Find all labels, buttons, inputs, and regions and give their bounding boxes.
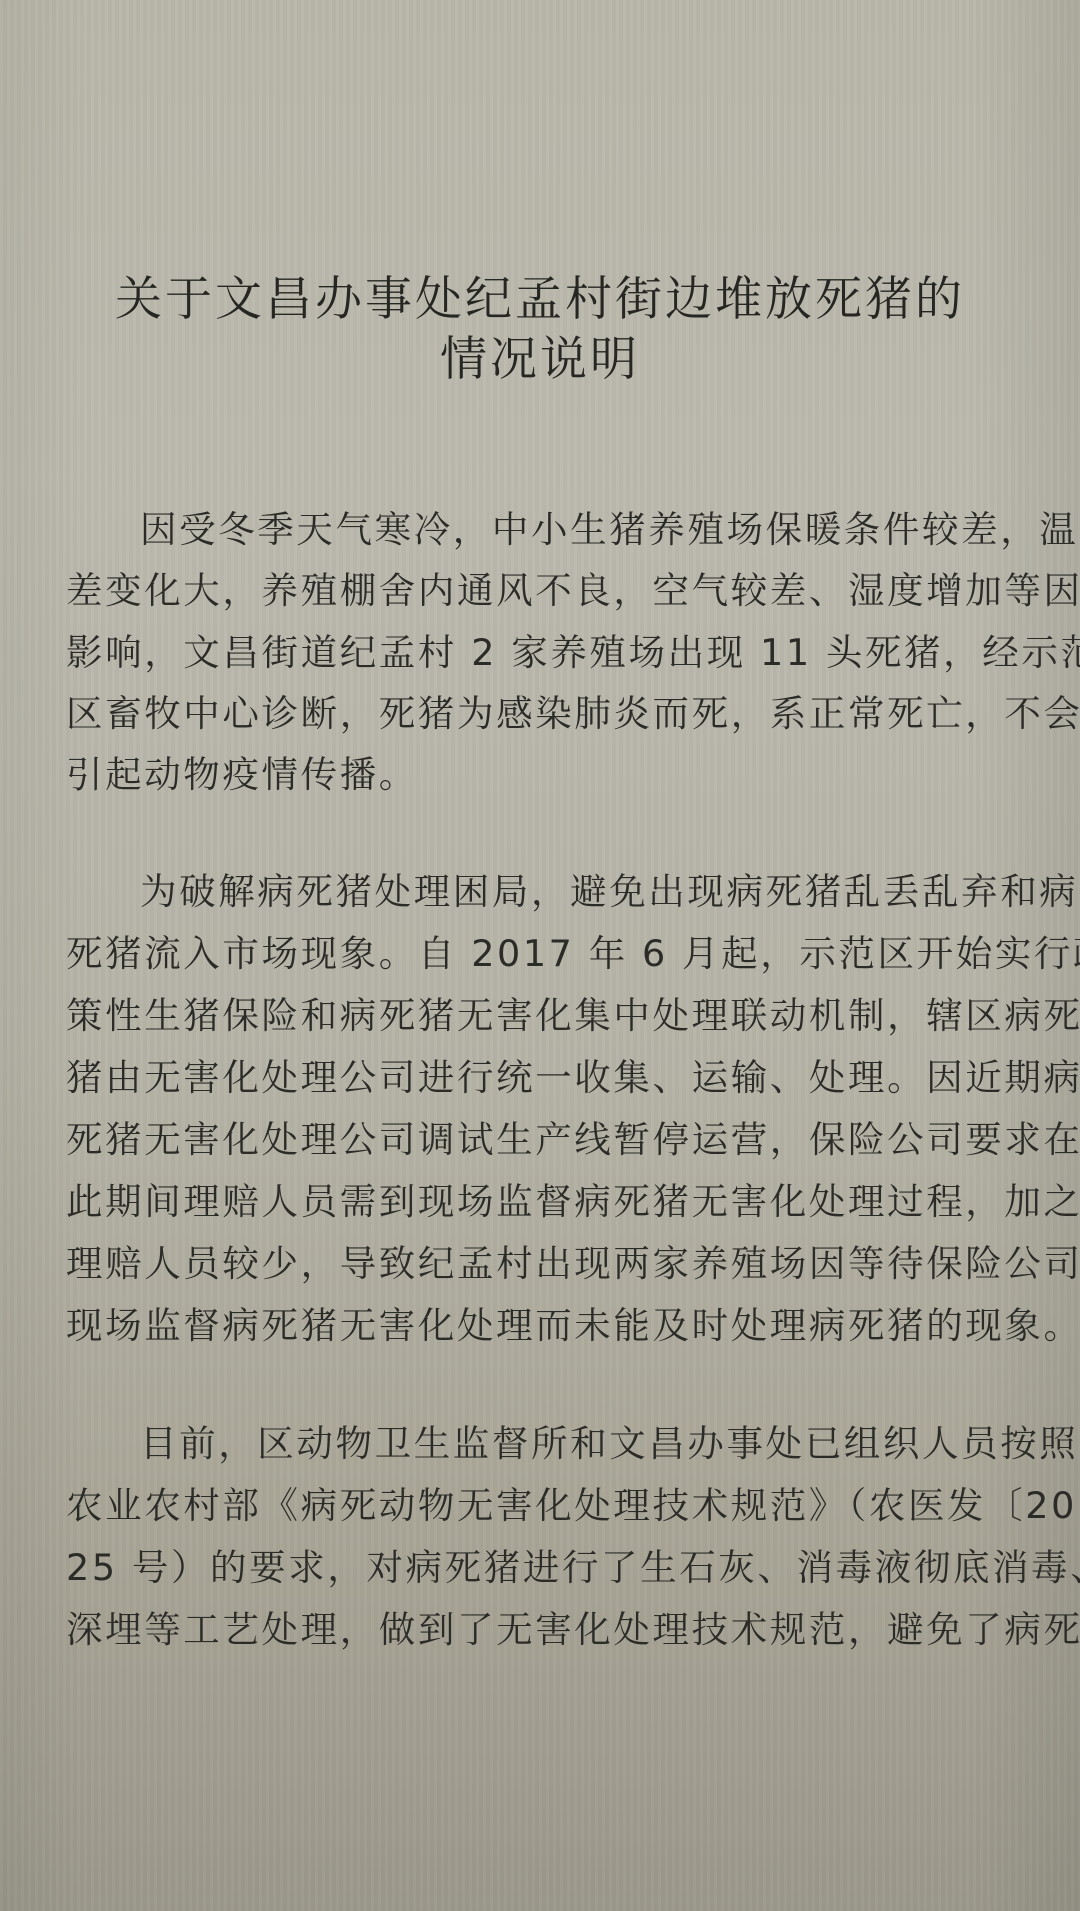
paragraph-line: 死猪无害化处理公司调试生产线暂停运营，保险公司要求在 bbox=[66, 1118, 1016, 1162]
paragraph-line: 25 号）的要求，对病死猪进行了生石灰、消毒液彻底消毒、 bbox=[66, 1546, 1016, 1590]
paragraph-line: 深埋等工艺处理，做到了无害化处理技术规范，避免了病死 bbox=[66, 1608, 1016, 1652]
paragraph-line: 猪由无害化处理公司进行统一收集、运输、处理。因近期病 bbox=[66, 1056, 1016, 1100]
paragraph-line: 为破解病死猪处理困局，避免出现病死猪乱丢乱弃和病 bbox=[140, 870, 1016, 914]
document-page: 关于文昌办事处纪孟村街边堆放死猪的 情况说明 因受冬季天气寒冷，中小生猪养殖场保… bbox=[0, 0, 1080, 1911]
paragraph-line: 因受冬季天气寒冷，中小生猪养殖场保暖条件较差，温 bbox=[140, 508, 1016, 552]
paragraph-line: 影响，文昌街道纪孟村 2 家养殖场出现 11 头死猪，经示范 bbox=[66, 631, 1016, 675]
paragraph-line: 现场监督病死猪无害化处理而未能及时处理病死猪的现象。 bbox=[66, 1304, 1016, 1348]
paragraph-line: 死猪流入市场现象。自 2017 年 6 月起，示范区开始实行政 bbox=[66, 932, 1016, 976]
document-title-line-1: 关于文昌办事处纪孟村街边堆放死猪的 bbox=[0, 262, 1080, 329]
paragraph-line: 区畜牧中心诊断，死猪为感染肺炎而死，系正常死亡，不会 bbox=[66, 692, 1016, 736]
paragraph-line: 此期间理赔人员需到现场监督病死猪无害化处理过程，加之 bbox=[66, 1180, 1016, 1224]
document-title-line-2: 情况说明 bbox=[0, 322, 1080, 389]
paragraph-line: 策性生猪保险和病死猪无害化集中处理联动机制，辖区病死 bbox=[66, 994, 1016, 1038]
paragraph-line: 目前，区动物卫生监督所和文昌办事处已组织人员按照 bbox=[140, 1422, 1016, 1466]
paragraph-line: 理赔人员较少，导致纪孟村出现两家养殖场因等待保险公司 bbox=[66, 1242, 1016, 1286]
paragraph-line: 引起动物疫情传播。 bbox=[66, 753, 1016, 797]
paragraph-line: 农业农村部《病死动物无害化处理技术规范》（农医发〔2017〕 bbox=[66, 1484, 1016, 1528]
paragraph-line: 差变化大，养殖棚舍内通风不良，空气较差、湿度增加等因素 bbox=[66, 569, 1016, 613]
